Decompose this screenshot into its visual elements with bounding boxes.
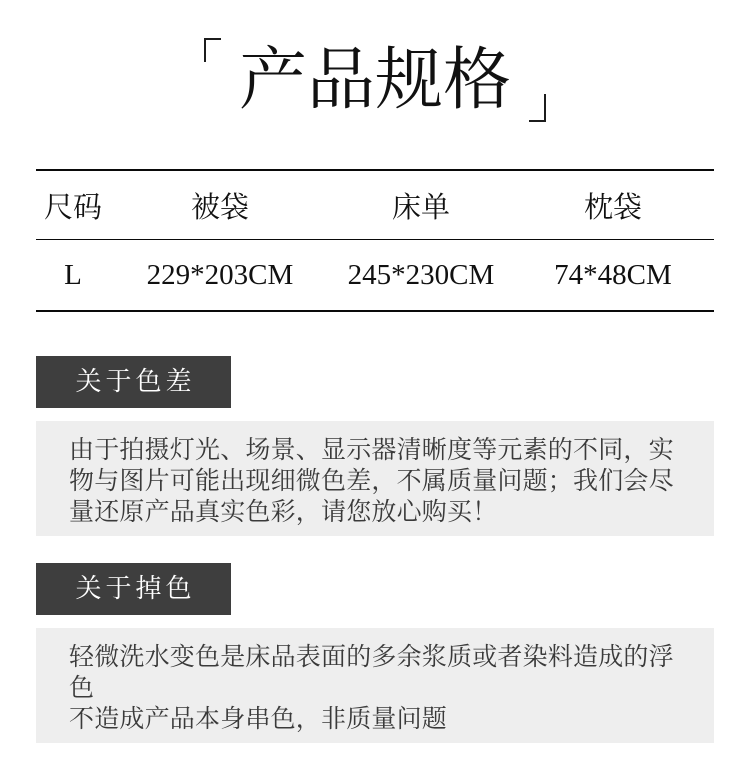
section-heading-color-difference: 关于色差	[36, 356, 231, 408]
product-spec-page: 产品规格 尺码 被袋 床单 枕袋 L 229*203CM 245*230CM 7…	[36, 0, 714, 743]
column-header-pillowcase: 枕袋	[512, 171, 714, 239]
corner-bracket-right-icon	[529, 94, 546, 122]
section-heading-color-fading: 关于掉色	[36, 563, 231, 615]
cell-size-value: L	[36, 240, 110, 310]
page-title: 产品规格	[36, 0, 714, 124]
table-row: L 229*203CM 245*230CM 74*48CM	[36, 240, 714, 310]
corner-bracket-left-icon	[204, 38, 221, 62]
section-body-color-fading: 轻微洗水变色是床品表面的多余浆质或者染料造成的浮色 不造成产品本身串色，非质量问…	[36, 628, 714, 743]
column-header-duvet-cover: 被袋	[110, 171, 330, 239]
column-header-size: 尺码	[36, 171, 110, 239]
cell-duvet-cover-size: 229*203CM	[110, 240, 330, 310]
section-body-color-difference: 由于拍摄灯光、场景、显示器清晰度等元素的不同，实 物与图片可能出现细微色差，不属…	[36, 421, 714, 536]
cell-pillowcase-size: 74*48CM	[512, 240, 714, 310]
size-spec-table: 尺码 被袋 床单 枕袋 L 229*203CM 245*230CM 74*48C…	[36, 169, 714, 312]
cell-bed-sheet-size: 245*230CM	[330, 240, 512, 310]
page-title-text: 产品规格	[239, 36, 511, 124]
column-header-bed-sheet: 床单	[330, 171, 512, 239]
table-header-row: 尺码 被袋 床单 枕袋	[36, 171, 714, 240]
